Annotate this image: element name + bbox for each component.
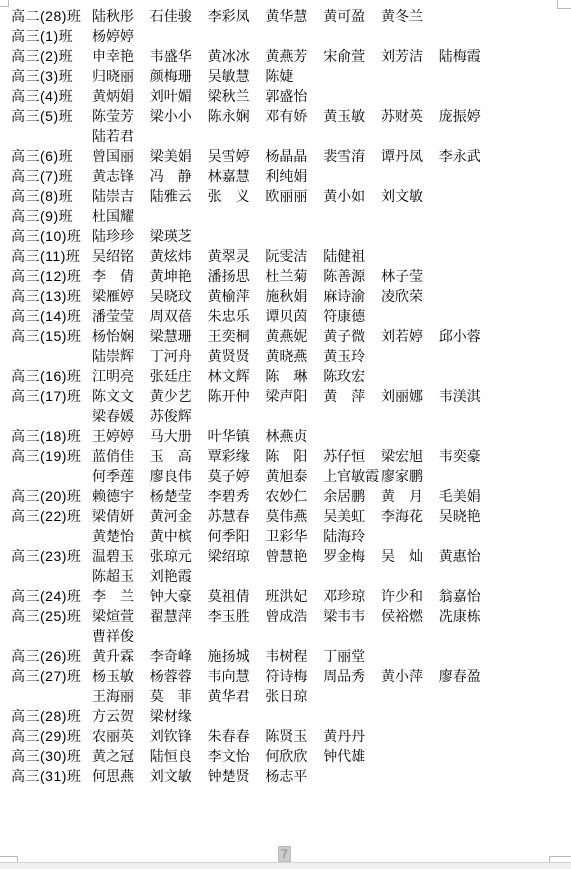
student-name: 黄冬兰	[381, 6, 439, 26]
student-name: 李海花	[381, 506, 439, 526]
class-label: 高三(18)班	[0, 426, 92, 446]
student-name: 莫祖倩	[208, 586, 266, 606]
roster-row: 高三(12)班李 倩黄坤艳潘扬思杜兰菊陈善源林子莹	[0, 266, 571, 286]
roster-row: 高三(27)班杨玉敏杨蓉蓉韦向慧符诗梅周品秀黄小萍廖春盈	[0, 666, 571, 686]
class-label: 高三(17)班	[0, 386, 92, 406]
student-name: 韦渼淇	[439, 386, 497, 406]
student-name: 周双蓓	[150, 306, 208, 326]
student-name: 黄贤贤	[208, 346, 266, 366]
student-name: 梁材缘	[150, 706, 208, 726]
class-label: 高三(7)班	[0, 166, 92, 186]
student-name: 刘文敏	[381, 186, 439, 206]
student-name: 叶华镇	[208, 426, 266, 446]
student-name: 李玉胜	[208, 606, 266, 626]
student-name: 黄升霖	[92, 646, 150, 666]
class-label: 高三(26)班	[0, 646, 92, 666]
student-name: 欧丽丽	[265, 186, 323, 206]
roster-row: 高三(3)班归晓丽颜梅珊吴敏慧陈婕	[0, 66, 571, 86]
student-name: 何思燕	[92, 766, 150, 786]
student-name: 庞振婷	[439, 106, 497, 126]
student-name: 吴晓玟	[150, 286, 208, 306]
student-name: 黄之冠	[92, 746, 150, 766]
roster-row: 高三(1)班杨婷婷	[0, 26, 571, 46]
student-name: 吴雪婷	[208, 146, 266, 166]
student-name: 张琼元	[150, 546, 208, 566]
roster-row: 高三(15)班杨怡娴梁慧珊王奕桐黄燕妮黄子微刘若婷邱小蓉	[0, 326, 571, 346]
student-name: 韦向慧	[208, 666, 266, 686]
class-label	[0, 406, 92, 426]
student-name: 陆恒良	[150, 746, 208, 766]
roster-row: 高三(13)班梁雁婷吴晓玟黄榆萍施秋娟麻诗渝凌欣荣	[0, 286, 571, 306]
student-name: 黄小萍	[381, 666, 439, 686]
student-name: 廖家鹏	[381, 466, 439, 486]
roster-row: 高三(7)班黄志锋冯 静林嘉慧利纯娟	[0, 166, 571, 186]
student-name: 陈超玉	[92, 566, 150, 586]
student-name: 凌欣荣	[381, 286, 439, 306]
student-name: 李彩凤	[208, 6, 266, 26]
student-name: 周品秀	[323, 666, 381, 686]
student-name: 梁韦韦	[323, 606, 381, 626]
roster-row: 陈超玉刘艳霞	[0, 566, 571, 586]
class-label: 高三(2)班	[0, 46, 92, 66]
student-name: 王婷婷	[92, 426, 150, 446]
student-name: 申幸艳	[92, 46, 150, 66]
student-name: 杨晶晶	[265, 146, 323, 166]
student-name: 苏慧春	[208, 506, 266, 526]
class-label: 高三(4)班	[0, 86, 92, 106]
student-name: 黄子微	[323, 326, 381, 346]
roster-row: 高三(11)班吴绍铭黄炫炜黄翠灵阮雯洁陆健祖	[0, 246, 571, 266]
student-name: 王海丽	[92, 686, 150, 706]
roster-row: 高三(28)班方云贺梁材缘	[0, 706, 571, 726]
student-name: 何季莲	[92, 466, 150, 486]
class-label: 高三(29)班	[0, 726, 92, 746]
page-gap	[0, 863, 571, 869]
student-name: 梁慧珊	[150, 326, 208, 346]
student-name: 韦盛华	[150, 46, 208, 66]
student-name: 梁声阳	[265, 386, 323, 406]
roster-row: 高三(9)班杜国耀	[0, 206, 571, 226]
student-name: 杜兰菊	[265, 266, 323, 286]
student-name: 廖春盈	[439, 666, 497, 686]
student-name: 黄燕妮	[265, 326, 323, 346]
student-name: 李永武	[439, 146, 497, 166]
student-name: 刘若婷	[381, 326, 439, 346]
student-name: 张廷庄	[150, 366, 208, 386]
class-label: 高三(31)班	[0, 766, 92, 786]
student-name: 江明亮	[92, 366, 150, 386]
class-label: 高三(8)班	[0, 186, 92, 206]
roster-row: 高三(2)班申幸艳韦盛华黄冰冰黄燕芳宋俞萱刘芳洁陆梅霞	[0, 46, 571, 66]
student-name: 卫彩华	[265, 526, 323, 546]
student-name: 莫子婷	[208, 466, 266, 486]
student-name: 钟代雄	[323, 746, 381, 766]
roster-row: 高三(29)班农丽英刘钦锋朱春春陈贤玉黄丹丹	[0, 726, 571, 746]
student-name: 覃彩缘	[208, 446, 266, 466]
class-label	[0, 566, 92, 586]
student-name: 陈贤玉	[265, 726, 323, 746]
student-name: 黄坤艳	[150, 266, 208, 286]
roster-row: 高三(20)班赖德宇杨楚莹李碧秀农妙仁余居鹏黄 月毛美娟	[0, 486, 571, 506]
class-label: 高三(28)班	[0, 706, 92, 726]
student-name: 郭盛怡	[265, 86, 323, 106]
student-name: 朱忠乐	[208, 306, 266, 326]
student-name: 苏俊辉	[150, 406, 208, 426]
class-label: 高三(27)班	[0, 666, 92, 686]
student-name: 刘芳洁	[381, 46, 439, 66]
student-name: 刘文敏	[150, 766, 208, 786]
student-name: 颜梅珊	[150, 66, 208, 86]
student-name: 邓有娇	[265, 106, 323, 126]
student-name: 黄可盈	[323, 6, 381, 26]
student-name: 杨婷婷	[92, 26, 150, 46]
class-label: 高三(16)班	[0, 366, 92, 386]
student-name: 黄 萍	[323, 386, 381, 406]
roster-row: 高二(28)班陆秋彤石佳骏李彩凤黄华慧黄可盈黄冬兰	[0, 6, 571, 26]
student-name: 黄华君	[208, 686, 266, 706]
student-name: 刘钦锋	[150, 726, 208, 746]
student-name: 陆雅云	[150, 186, 208, 206]
roster-row: 黄楚怡黄中槟何季阳卫彩华陆海玲	[0, 526, 571, 546]
student-name: 罗金梅	[323, 546, 381, 566]
student-name: 黄旭泰	[265, 466, 323, 486]
student-name: 曾慧艳	[265, 546, 323, 566]
student-name: 冼康栋	[439, 606, 497, 626]
roster-row: 陆崇辉丁河舟黄贤贤黄晓燕黄玉玲	[0, 346, 571, 366]
student-name: 班洪妃	[265, 586, 323, 606]
student-name: 黄河金	[150, 506, 208, 526]
student-name: 梁倩妍	[92, 506, 150, 526]
student-name: 蓝俏佳	[92, 446, 150, 466]
student-name: 梁煊萱	[92, 606, 150, 626]
student-name: 丁丽堂	[323, 646, 381, 666]
class-label: 高三(13)班	[0, 286, 92, 306]
student-name: 邱小蓉	[439, 326, 497, 346]
student-name: 杜国耀	[92, 206, 150, 226]
class-label: 高二(28)班	[0, 6, 92, 26]
student-name: 裴雪淯	[323, 146, 381, 166]
student-name: 方云贺	[92, 706, 150, 726]
class-label: 高三(19)班	[0, 446, 92, 466]
student-name: 何季阳	[208, 526, 266, 546]
class-label: 高三(9)班	[0, 206, 92, 226]
student-name: 黄惠怡	[439, 546, 497, 566]
student-name: 韦奕豪	[439, 446, 497, 466]
student-name: 林子莹	[381, 266, 439, 286]
student-name: 林嘉慧	[208, 166, 266, 186]
student-name: 陈 阳	[265, 446, 323, 466]
class-label: 高三(25)班	[0, 606, 92, 626]
student-name: 黄冰冰	[208, 46, 266, 66]
student-name: 邓珍琼	[323, 586, 381, 606]
class-roster-table: 高二(28)班陆秋彤石佳骏李彩凤黄华慧黄可盈黄冬兰高三(1)班杨婷婷高三(2)班…	[0, 6, 571, 786]
student-name: 黄榆萍	[208, 286, 266, 306]
student-name: 钟楚贤	[208, 766, 266, 786]
student-name: 莫伟燕	[265, 506, 323, 526]
student-name: 陆若君	[92, 126, 150, 146]
student-name: 符诗梅	[265, 666, 323, 686]
roster-row: 高三(5)班陈莹芳梁小小陈永娴邓有娇黄玉敏苏财英庞振婷	[0, 106, 571, 126]
roster-row: 陆若君	[0, 126, 571, 146]
class-label	[0, 626, 92, 646]
class-label: 高三(14)班	[0, 306, 92, 326]
student-name: 陈永娴	[208, 106, 266, 126]
class-label: 高三(6)班	[0, 146, 92, 166]
student-name: 王奕桐	[208, 326, 266, 346]
student-name: 冯 静	[150, 166, 208, 186]
roster-row: 高三(18)班王婷婷马大册叶华镇林燕贞	[0, 426, 571, 446]
student-name: 黄炳娟	[92, 86, 150, 106]
student-name: 黄楚怡	[92, 526, 150, 546]
roster-row: 何季莲廖良伟莫子婷黄旭泰上官敏霞廖家鹏	[0, 466, 571, 486]
class-label: 高三(5)班	[0, 106, 92, 126]
student-name: 梁宏旭	[381, 446, 439, 466]
student-name: 陆崇辉	[92, 346, 150, 366]
student-name: 陈开仲	[208, 386, 266, 406]
roster-row: 高三(26)班黄升霖李奇峰施扬城韦树程丁丽堂	[0, 646, 571, 666]
roster-row: 高三(31)班何思燕刘文敏钟楚贤杨志平	[0, 766, 571, 786]
student-name: 侯裕燃	[381, 606, 439, 626]
student-name: 毛美娟	[439, 486, 497, 506]
student-name: 莫 菲	[150, 686, 208, 706]
roster-row: 高三(19)班蓝俏佳玉 高覃彩缘陈 阳苏仔恒梁宏旭韦奕豪	[0, 446, 571, 466]
student-name: 吴绍铭	[92, 246, 150, 266]
student-name: 陈玫宏	[323, 366, 381, 386]
roster-row: 高三(10)班陆珍珍梁瑛芝	[0, 226, 571, 246]
student-name: 谭丹凤	[381, 146, 439, 166]
student-name: 刘丽娜	[381, 386, 439, 406]
student-name: 归晓丽	[92, 66, 150, 86]
page-number-field[interactable]: 7	[278, 846, 291, 862]
student-name: 农丽英	[92, 726, 150, 746]
class-label: 高三(3)班	[0, 66, 92, 86]
roster-row: 高三(30)班黄之冠陆恒良李文怡何欣欣钟代雄	[0, 746, 571, 766]
student-name: 吴敏慧	[208, 66, 266, 86]
roster-row: 曹祥俊	[0, 626, 571, 646]
student-name: 张日琼	[265, 686, 323, 706]
student-name: 杨玉敏	[92, 666, 150, 686]
class-label: 高三(24)班	[0, 586, 92, 606]
student-name: 刘艳霞	[150, 566, 208, 586]
student-name: 陈婕	[265, 66, 323, 86]
student-name: 黄翠灵	[208, 246, 266, 266]
student-name: 韦树程	[265, 646, 323, 666]
student-name: 翟慧萍	[150, 606, 208, 626]
student-name: 谭贝茵	[265, 306, 323, 326]
student-name: 刘叶媚	[150, 86, 208, 106]
student-name: 黄炫炜	[150, 246, 208, 266]
student-name: 陆海玲	[323, 526, 381, 546]
student-name: 林燕贞	[265, 426, 323, 446]
student-name: 陈 琳	[265, 366, 323, 386]
student-name: 陆梅霞	[439, 46, 497, 66]
student-name: 黄小如	[323, 186, 381, 206]
roster-row: 高三(25)班梁煊萱翟慧萍李玉胜曾成浩梁韦韦侯裕燃冼康栋	[0, 606, 571, 626]
student-name: 黄少艺	[150, 386, 208, 406]
student-name: 宋俞萱	[323, 46, 381, 66]
student-name: 曾成浩	[265, 606, 323, 626]
student-name: 苏仔恒	[323, 446, 381, 466]
student-name: 农妙仁	[265, 486, 323, 506]
student-name: 梁秋兰	[208, 86, 266, 106]
student-name: 吴晓艳	[439, 506, 497, 526]
student-name: 符康德	[323, 306, 381, 326]
class-label: 高三(20)班	[0, 486, 92, 506]
student-name: 李奇峰	[150, 646, 208, 666]
class-label	[0, 526, 92, 546]
roster-row: 高三(23)班温碧玉张琼元梁绍琼曾慧艳罗金梅吴 灿黄惠怡	[0, 546, 571, 566]
student-name: 吴美虹	[323, 506, 381, 526]
student-name: 李文怡	[208, 746, 266, 766]
student-name: 杨怡娴	[92, 326, 150, 346]
class-label	[0, 346, 92, 366]
class-label: 高三(12)班	[0, 266, 92, 286]
student-name: 黄丹丹	[323, 726, 381, 746]
student-name: 何欣欣	[265, 746, 323, 766]
student-name: 潘莹莹	[92, 306, 150, 326]
student-name: 林文辉	[208, 366, 266, 386]
document-page[interactable]: 高二(28)班陆秋彤石佳骏李彩凤黄华慧黄可盈黄冬兰高三(1)班杨婷婷高三(2)班…	[0, 0, 571, 869]
student-name: 梁小小	[150, 106, 208, 126]
student-name: 陈善源	[323, 266, 381, 286]
student-name: 施扬城	[208, 646, 266, 666]
student-name: 廖良伟	[150, 466, 208, 486]
student-name: 李 倩	[92, 266, 150, 286]
class-label: 高三(10)班	[0, 226, 92, 246]
student-name: 陈莹芳	[92, 106, 150, 126]
student-name: 丁河舟	[150, 346, 208, 366]
student-name: 杨蓉蓉	[150, 666, 208, 686]
student-name: 陈文文	[92, 386, 150, 406]
roster-row: 高三(24)班李 兰钟大豪莫祖倩班洪妃邓珍琼许少和翁嘉怡	[0, 586, 571, 606]
class-label: 高三(15)班	[0, 326, 92, 346]
student-name: 梁绍琼	[208, 546, 266, 566]
student-name: 黄玉敏	[323, 106, 381, 126]
class-label: 高三(1)班	[0, 26, 92, 46]
student-name: 利纯娟	[265, 166, 323, 186]
student-name: 梁瑛芝	[150, 226, 208, 246]
roster-row: 高三(14)班潘莹莹周双蓓朱忠乐谭贝茵符康德	[0, 306, 571, 326]
class-label: 高三(11)班	[0, 246, 92, 266]
student-name: 陆崇吉	[92, 186, 150, 206]
student-name: 黄中槟	[150, 526, 208, 546]
student-name: 黄晓燕	[265, 346, 323, 366]
roster-row: 高三(17)班陈文文黄少艺陈开仲梁声阳黄 萍刘丽娜韦渼淇	[0, 386, 571, 406]
class-label: 高三(22)班	[0, 506, 92, 526]
student-name: 曾国丽	[92, 146, 150, 166]
student-name: 曹祥俊	[92, 626, 150, 646]
roster-row: 高三(8)班陆崇吉陆雅云张 义欧丽丽黄小如刘文敏	[0, 186, 571, 206]
student-name: 朱春春	[208, 726, 266, 746]
student-name: 苏财英	[381, 106, 439, 126]
student-name: 麻诗渝	[323, 286, 381, 306]
student-name: 黄 月	[381, 486, 439, 506]
student-name: 李 兰	[92, 586, 150, 606]
roster-row: 梁春媛苏俊辉	[0, 406, 571, 426]
class-label	[0, 126, 92, 146]
roster-row: 高三(16)班江明亮张廷庄林文辉陈 琳陈玫宏	[0, 366, 571, 386]
student-name: 钟大豪	[150, 586, 208, 606]
roster-row: 高三(6)班曾国丽梁美娟吴雪婷杨晶晶裴雪淯谭丹凤李永武	[0, 146, 571, 166]
student-name: 黄燕芳	[265, 46, 323, 66]
student-name: 李碧秀	[208, 486, 266, 506]
student-name: 施秋娟	[265, 286, 323, 306]
student-name: 潘扬思	[208, 266, 266, 286]
student-name: 翁嘉怡	[439, 586, 497, 606]
student-name: 石佳骏	[150, 6, 208, 26]
student-name: 杨楚莹	[150, 486, 208, 506]
student-name: 马大册	[150, 426, 208, 446]
page-number: 7	[281, 847, 288, 861]
student-name: 玉 高	[150, 446, 208, 466]
roster-row: 高三(22)班梁倩妍黄河金苏慧春莫伟燕吴美虹李海花吴晓艳	[0, 506, 571, 526]
student-name: 上官敏霞	[323, 466, 381, 486]
class-label	[0, 686, 92, 706]
student-name: 温碧玉	[92, 546, 150, 566]
roster-row: 王海丽莫 菲黄华君张日琼	[0, 686, 571, 706]
roster-row: 高三(4)班黄炳娟刘叶媚梁秋兰郭盛怡	[0, 86, 571, 106]
student-name: 张 义	[208, 186, 266, 206]
student-name: 赖德宇	[92, 486, 150, 506]
student-name: 陆健祖	[323, 246, 381, 266]
student-name: 陆秋彤	[92, 6, 150, 26]
class-label: 高三(30)班	[0, 746, 92, 766]
student-name: 黄华慧	[265, 6, 323, 26]
student-name: 梁雁婷	[92, 286, 150, 306]
student-name: 梁春媛	[92, 406, 150, 426]
student-name: 梁美娟	[150, 146, 208, 166]
student-name: 黄玉玲	[323, 346, 381, 366]
class-label	[0, 466, 92, 486]
student-name: 黄志锋	[92, 166, 150, 186]
class-label: 高三(23)班	[0, 546, 92, 566]
student-name: 陆珍珍	[92, 226, 150, 246]
student-name: 阮雯洁	[265, 246, 323, 266]
student-name: 吴 灿	[381, 546, 439, 566]
student-name: 余居鹏	[323, 486, 381, 506]
student-name: 许少和	[381, 586, 439, 606]
student-name: 杨志平	[265, 766, 323, 786]
